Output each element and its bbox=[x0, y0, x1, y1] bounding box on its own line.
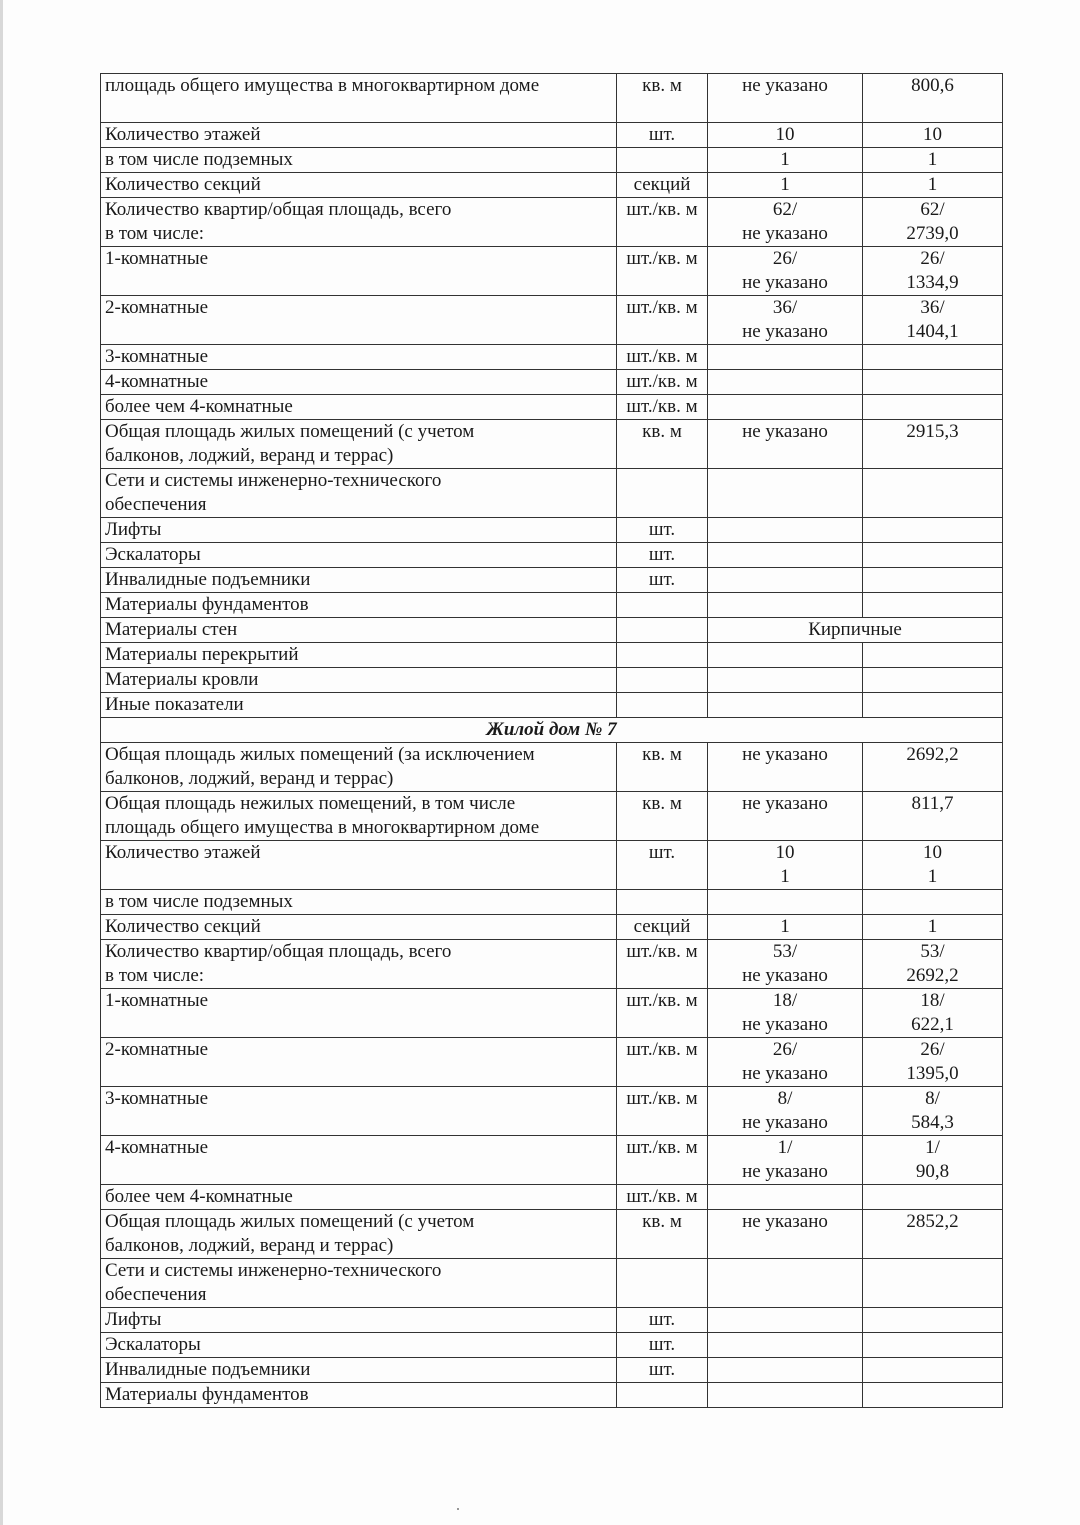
cell-line: 1395,0 bbox=[867, 1062, 998, 1086]
cell-line: Сети и системы инженерно-технического bbox=[105, 1259, 612, 1283]
cell-line: 2915,3 bbox=[867, 420, 998, 444]
project-value bbox=[708, 518, 863, 543]
unit-cell: шт. bbox=[617, 568, 708, 593]
project-value: 1/не указано bbox=[708, 1136, 863, 1185]
table-row: Общая площадь нежилых помещений, в том ч… bbox=[101, 792, 1003, 841]
cell-line: Эскалаторы bbox=[105, 543, 612, 567]
building-characteristics-table: площадь общего имущества в многоквартирн… bbox=[100, 73, 1003, 1408]
table-body: площадь общего имущества в многоквартирн… bbox=[101, 74, 1003, 1408]
cell-line: Материалы фундаментов bbox=[105, 593, 612, 617]
table-row: 4-комнатныешт./кв. м bbox=[101, 370, 1003, 395]
cell-line: 26/ bbox=[867, 1038, 998, 1062]
cell-line: не указано bbox=[712, 271, 858, 295]
fact-value: 18/622,1 bbox=[863, 989, 1003, 1038]
unit-cell: секций bbox=[617, 915, 708, 940]
cell-line bbox=[105, 1013, 612, 1037]
cell-line: 36/ bbox=[867, 296, 998, 320]
indicator-label: 1-комнатные bbox=[101, 989, 617, 1038]
project-value bbox=[708, 543, 863, 568]
cell-line: в том числе: bbox=[105, 964, 612, 988]
indicator-label: Инвалидные подъемники bbox=[101, 1358, 617, 1383]
cell-line: 2692,2 bbox=[867, 743, 998, 767]
fact-value: 26/1334,9 bbox=[863, 247, 1003, 296]
wall-material-value: Кирпичные bbox=[708, 618, 1003, 643]
project-value: 53/не указано bbox=[708, 940, 863, 989]
cell-line: 800,6 bbox=[867, 74, 998, 98]
scan-edge bbox=[0, 0, 3, 1525]
fact-value: 53/2692,2 bbox=[863, 940, 1003, 989]
unit-cell bbox=[617, 668, 708, 693]
cell-line: Общая площадь жилых помещений (с учетом bbox=[105, 1210, 612, 1234]
indicator-label: более чем 4-комнатные bbox=[101, 1185, 617, 1210]
cell-line: Количество этажей bbox=[105, 841, 612, 865]
unit-cell bbox=[617, 593, 708, 618]
indicator-label: Материалы фундаментов bbox=[101, 593, 617, 618]
project-value: 18/не указано bbox=[708, 989, 863, 1038]
fact-value bbox=[863, 1358, 1003, 1383]
unit-cell bbox=[617, 1259, 708, 1308]
cell-line: не указано bbox=[712, 1160, 858, 1184]
cell-line: Материалы стен bbox=[105, 618, 612, 642]
cell-line: 2-комнатные bbox=[105, 296, 612, 320]
cell-line: Материалы фундаментов bbox=[105, 1383, 612, 1407]
cell-line: Иные показатели bbox=[105, 693, 612, 717]
cell-line: не указано bbox=[712, 74, 858, 98]
unit-cell bbox=[617, 643, 708, 668]
cell-line: 4-комнатные bbox=[105, 1136, 612, 1160]
project-value bbox=[708, 370, 863, 395]
indicator-label: площадь общего имущества в многоквартирн… bbox=[101, 74, 617, 123]
project-value: 101 bbox=[708, 841, 863, 890]
fact-value bbox=[863, 1383, 1003, 1408]
table-row: 3-комнатные шт./кв. м8/не указано8/584,3 bbox=[101, 1087, 1003, 1136]
cell-line: Материалы кровли bbox=[105, 668, 612, 692]
indicator-label: Материалы стен bbox=[101, 618, 617, 643]
project-value: 62/не указано bbox=[708, 198, 863, 247]
fact-value bbox=[863, 668, 1003, 693]
project-value bbox=[708, 1308, 863, 1333]
cell-line: 1-комнатные bbox=[105, 247, 612, 271]
project-value bbox=[708, 643, 863, 668]
scan-speck bbox=[457, 1508, 459, 1510]
cell-line: не указано bbox=[712, 320, 858, 344]
cell-line: 1334,9 bbox=[867, 271, 998, 295]
cell-line: 1 bbox=[712, 915, 858, 939]
table-row: Общая площадь жилых помещений (с учетомб… bbox=[101, 1210, 1003, 1259]
indicator-label: Лифты bbox=[101, 518, 617, 543]
cell-line: обеспечения bbox=[105, 493, 612, 517]
cell-line: Количество квартир/общая площадь, всего bbox=[105, 198, 612, 222]
project-value: не указано bbox=[708, 420, 863, 469]
project-value bbox=[708, 693, 863, 718]
table-row: Материалы фундаментов bbox=[101, 593, 1003, 618]
indicator-label: Инвалидные подъемники bbox=[101, 568, 617, 593]
table-row: в том числе подземных11 bbox=[101, 148, 1003, 173]
cell-line bbox=[105, 865, 612, 889]
fact-value: 1/90,8 bbox=[863, 1136, 1003, 1185]
cell-line: в том числе подземных bbox=[105, 890, 612, 914]
fact-value: 1 bbox=[863, 148, 1003, 173]
unit-cell: шт./кв. м bbox=[617, 370, 708, 395]
project-value: 1 bbox=[708, 148, 863, 173]
fact-value: 36/1404,1 bbox=[863, 296, 1003, 345]
project-value bbox=[708, 345, 863, 370]
project-value: не указано bbox=[708, 1210, 863, 1259]
project-value bbox=[708, 469, 863, 518]
cell-line: в том числе: bbox=[105, 222, 612, 246]
cell-line: площадь общего имущества в многоквартирн… bbox=[105, 816, 612, 840]
table-row: Сети и системы инженерно-техническогообе… bbox=[101, 469, 1003, 518]
spacer bbox=[105, 98, 612, 122]
indicator-label: Общая площадь нежилых помещений, в том ч… bbox=[101, 792, 617, 841]
table-row: 2-комнатные шт./кв. м26/не указано26/139… bbox=[101, 1038, 1003, 1087]
fact-value bbox=[863, 1333, 1003, 1358]
project-value bbox=[708, 668, 863, 693]
unit-cell: кв. м bbox=[617, 420, 708, 469]
unit-cell: шт. bbox=[617, 841, 708, 890]
unit-cell: шт./кв. м bbox=[617, 1087, 708, 1136]
indicator-label: Эскалаторы bbox=[101, 1333, 617, 1358]
unit-cell: шт. bbox=[617, 1358, 708, 1383]
cell-line: 26/ bbox=[712, 247, 858, 271]
cell-line: 1 bbox=[867, 865, 998, 889]
cell-line: Инвалидные подъемники bbox=[105, 1358, 612, 1382]
cell-line: не указано bbox=[712, 792, 858, 816]
cell-line: Количество секций bbox=[105, 173, 612, 197]
table-row: в том числе подземных bbox=[101, 890, 1003, 915]
cell-line: 1/ bbox=[712, 1136, 858, 1160]
unit-cell bbox=[617, 618, 708, 643]
cell-line bbox=[105, 1160, 612, 1184]
cell-line: Общая площадь жилых помещений (с учетом bbox=[105, 420, 612, 444]
unit-cell: кв. м bbox=[617, 74, 708, 123]
project-value bbox=[708, 890, 863, 915]
project-value bbox=[708, 593, 863, 618]
table-row: Материалы кровли bbox=[101, 668, 1003, 693]
unit-cell: шт./кв. м bbox=[617, 940, 708, 989]
project-value: 8/не указано bbox=[708, 1087, 863, 1136]
cell-line: 10 bbox=[867, 123, 998, 147]
fact-value bbox=[863, 593, 1003, 618]
cell-line: 1 bbox=[712, 865, 858, 889]
cell-line: Лифты bbox=[105, 1308, 612, 1332]
indicator-label: 4-комнатные bbox=[101, 1136, 617, 1185]
indicator-label: Количество этажей bbox=[101, 123, 617, 148]
indicator-label: Материалы перекрытий bbox=[101, 643, 617, 668]
cell-line: не указано bbox=[712, 743, 858, 767]
unit-cell: шт./кв. м bbox=[617, 395, 708, 420]
project-value: 36/не указано bbox=[708, 296, 863, 345]
indicator-label: Общая площадь жилых помещений (с учетомб… bbox=[101, 420, 617, 469]
unit-cell: шт./кв. м bbox=[617, 989, 708, 1038]
fact-value: 10 bbox=[863, 123, 1003, 148]
project-value: не указано bbox=[708, 743, 863, 792]
project-value bbox=[708, 1333, 863, 1358]
unit-cell: шт./кв. м bbox=[617, 345, 708, 370]
unit-cell: шт. bbox=[617, 518, 708, 543]
cell-line: 584,3 bbox=[867, 1111, 998, 1135]
indicator-label: Количество квартир/общая площадь, всегов… bbox=[101, 198, 617, 247]
fact-value: 800,6 bbox=[863, 74, 1003, 123]
indicator-label: в том числе подземных bbox=[101, 148, 617, 173]
fact-value bbox=[863, 643, 1003, 668]
indicator-label: Лифты bbox=[101, 1308, 617, 1333]
table-row: Иные показатели bbox=[101, 693, 1003, 718]
indicator-label: Иные показатели bbox=[101, 693, 617, 718]
cell-line: 18/ bbox=[867, 989, 998, 1013]
cell-line: 2739,0 bbox=[867, 222, 998, 246]
project-value: 1 bbox=[708, 173, 863, 198]
cell-line: 18/ bbox=[712, 989, 858, 1013]
cell-line: не указано bbox=[712, 1111, 858, 1135]
cell-line: 53/ bbox=[867, 940, 998, 964]
table-row: 4-комнатные шт./кв. м1/не указано1/90,8 bbox=[101, 1136, 1003, 1185]
cell-line: 53/ bbox=[712, 940, 858, 964]
cell-line bbox=[105, 1062, 612, 1086]
table-row: 2-комнатныешт./кв. м36/не указано36/1404… bbox=[101, 296, 1003, 345]
unit-cell: шт./кв. м bbox=[617, 247, 708, 296]
section-header-row: Жилой дом № 7 bbox=[101, 718, 1003, 743]
project-value bbox=[708, 1383, 863, 1408]
cell-line: 10 bbox=[712, 123, 858, 147]
cell-line: Количество квартир/общая площадь, всего bbox=[105, 940, 612, 964]
cell-line: 8/ bbox=[712, 1087, 858, 1111]
table-row: более чем 4-комнатныешт./кв. м bbox=[101, 1185, 1003, 1210]
cell-line: в том числе подземных bbox=[105, 148, 612, 172]
cell-line: не указано bbox=[712, 420, 858, 444]
table-row: 3-комнатныешт./кв. м bbox=[101, 345, 1003, 370]
fact-value bbox=[863, 568, 1003, 593]
cell-line: Инвалидные подъемники bbox=[105, 568, 612, 592]
cell-line: 3-комнатные bbox=[105, 1087, 612, 1111]
indicator-label: 2-комнатные bbox=[101, 1038, 617, 1087]
unit-cell: шт./кв. м bbox=[617, 1185, 708, 1210]
table-row: Лифтышт. bbox=[101, 1308, 1003, 1333]
project-value: 26/не указано bbox=[708, 247, 863, 296]
cell-line: 622,1 bbox=[867, 1013, 998, 1037]
cell-line: 1 bbox=[867, 915, 998, 939]
indicator-label: Количество секций bbox=[101, 915, 617, 940]
unit-cell: шт. bbox=[617, 1308, 708, 1333]
indicator-label: Количество секций bbox=[101, 173, 617, 198]
indicator-label: Общая площадь жилых помещений (с учетомб… bbox=[101, 1210, 617, 1259]
cell-line: 1 bbox=[712, 173, 858, 197]
cell-line: 2-комнатные bbox=[105, 1038, 612, 1062]
cell-line: площадь общего имущества в многоквартирн… bbox=[105, 74, 612, 98]
table-row: Эскалаторышт. bbox=[101, 1333, 1003, 1358]
cell-line: более чем 4-комнатные bbox=[105, 1185, 612, 1209]
fact-value: 811,7 bbox=[863, 792, 1003, 841]
project-value: не указано bbox=[708, 792, 863, 841]
fact-value bbox=[863, 395, 1003, 420]
unit-cell: кв. м bbox=[617, 792, 708, 841]
unit-cell bbox=[617, 890, 708, 915]
indicator-label: 2-комнатные bbox=[101, 296, 617, 345]
cell-line: 1-комнатные bbox=[105, 989, 612, 1013]
cell-line: 4-комнатные bbox=[105, 370, 612, 394]
table-row: 1-комнатныешт./кв. м26/не указано26/1334… bbox=[101, 247, 1003, 296]
table-row: Инвалидные подъемникишт. bbox=[101, 1358, 1003, 1383]
cell-line: 2852,2 bbox=[867, 1210, 998, 1234]
unit-cell: шт. bbox=[617, 1333, 708, 1358]
table-row: Материалы перекрытий bbox=[101, 643, 1003, 668]
cell-line bbox=[105, 1111, 612, 1135]
cell-line: 10 bbox=[867, 841, 998, 865]
fact-value bbox=[863, 469, 1003, 518]
table-row: 1-комнатные шт./кв. м18/не указано18/622… bbox=[101, 989, 1003, 1038]
unit-cell: секций bbox=[617, 173, 708, 198]
cell-line: Лифты bbox=[105, 518, 612, 542]
cell-line: Количество этажей bbox=[105, 123, 612, 147]
indicator-label: Общая площадь жилых помещений (за исключ… bbox=[101, 743, 617, 792]
indicator-label: Количество этажей bbox=[101, 841, 617, 890]
fact-value bbox=[863, 890, 1003, 915]
cell-line: 62/ bbox=[867, 198, 998, 222]
unit-cell: кв. м bbox=[617, 743, 708, 792]
fact-value bbox=[863, 693, 1003, 718]
indicator-label: 1-комнатные bbox=[101, 247, 617, 296]
cell-line: 36/ bbox=[712, 296, 858, 320]
indicator-label: 3-комнатные bbox=[101, 345, 617, 370]
indicator-label: Сети и системы инженерно-техническогообе… bbox=[101, 469, 617, 518]
cell-line: 62/ bbox=[712, 198, 858, 222]
cell-line: 26/ bbox=[867, 247, 998, 271]
unit-cell: шт./кв. м bbox=[617, 1038, 708, 1087]
project-value bbox=[708, 568, 863, 593]
unit-cell: шт./кв. м bbox=[617, 1136, 708, 1185]
cell-line: Материалы перекрытий bbox=[105, 643, 612, 667]
cell-line: 811,7 bbox=[867, 792, 998, 816]
cell-line: 90,8 bbox=[867, 1160, 998, 1184]
fact-value bbox=[863, 345, 1003, 370]
unit-cell: шт. bbox=[617, 123, 708, 148]
indicator-label: Эскалаторы bbox=[101, 543, 617, 568]
table-row: Лифтышт. bbox=[101, 518, 1003, 543]
project-value: не указано bbox=[708, 74, 863, 123]
cell-line: Эскалаторы bbox=[105, 1333, 612, 1357]
project-value bbox=[708, 1259, 863, 1308]
cell-line: Сети и системы инженерно-технического bbox=[105, 469, 612, 493]
table-row: Общая площадь жилых помещений (с учетомб… bbox=[101, 420, 1003, 469]
fact-value bbox=[863, 518, 1003, 543]
fact-value bbox=[863, 1185, 1003, 1210]
fact-value: 26/1395,0 bbox=[863, 1038, 1003, 1087]
table-row: более чем 4-комнатныешт./кв. м bbox=[101, 395, 1003, 420]
cell-line: 1 bbox=[867, 173, 998, 197]
indicator-label: 3-комнатные bbox=[101, 1087, 617, 1136]
cell-line: не указано bbox=[712, 1013, 858, 1037]
cell-line: 10 bbox=[712, 841, 858, 865]
unit-cell: шт./кв. м bbox=[617, 296, 708, 345]
table-row: Материалы стенКирпичные bbox=[101, 618, 1003, 643]
indicator-label: Количество квартир/общая площадь, всегов… bbox=[101, 940, 617, 989]
cell-line: 3-комнатные bbox=[105, 345, 612, 369]
fact-value: 2852,2 bbox=[863, 1210, 1003, 1259]
fact-value bbox=[863, 1308, 1003, 1333]
project-value: 1 bbox=[708, 915, 863, 940]
cell-line: Количество секций bbox=[105, 915, 612, 939]
section-title: Жилой дом № 7 bbox=[101, 718, 1003, 743]
cell-line: 1 bbox=[867, 148, 998, 172]
table-row: Количество этажейшт.1010 bbox=[101, 123, 1003, 148]
unit-cell bbox=[617, 693, 708, 718]
indicator-label: в том числе подземных bbox=[101, 890, 617, 915]
project-value bbox=[708, 1185, 863, 1210]
table-row: Количество секцийсекций11 bbox=[101, 173, 1003, 198]
unit-cell: шт./кв. м bbox=[617, 198, 708, 247]
indicator-label: более чем 4-комнатные bbox=[101, 395, 617, 420]
table-row: площадь общего имущества в многоквартирн… bbox=[101, 74, 1003, 123]
cell-line: не указано bbox=[712, 1210, 858, 1234]
cell-line: балконов, лоджий, веранд и террас) bbox=[105, 1234, 612, 1258]
table-row: Сети и системы инженерно-техническогообе… bbox=[101, 1259, 1003, 1308]
cell-line: балконов, лоджий, веранд и террас) bbox=[105, 444, 612, 468]
indicator-label: Сети и системы инженерно-техническогообе… bbox=[101, 1259, 617, 1308]
project-value: 26/не указано bbox=[708, 1038, 863, 1087]
cell-line: Общая площадь нежилых помещений, в том ч… bbox=[105, 792, 612, 816]
cell-line: 1404,1 bbox=[867, 320, 998, 344]
cell-line: Общая площадь жилых помещений (за исключ… bbox=[105, 743, 612, 767]
table-row: Инвалидные подъемникишт. bbox=[101, 568, 1003, 593]
unit-cell: шт. bbox=[617, 543, 708, 568]
fact-value: 2692,2 bbox=[863, 743, 1003, 792]
cell-line: не указано bbox=[712, 222, 858, 246]
cell-line: 8/ bbox=[867, 1087, 998, 1111]
table-row: Количество квартир/общая площадь, всегов… bbox=[101, 198, 1003, 247]
project-value bbox=[708, 395, 863, 420]
indicator-label: Материалы кровли bbox=[101, 668, 617, 693]
cell-line: 26/ bbox=[712, 1038, 858, 1062]
cell-line: обеспечения bbox=[105, 1283, 612, 1307]
project-value: 10 bbox=[708, 123, 863, 148]
indicator-label: Материалы фундаментов bbox=[101, 1383, 617, 1408]
cell-line: 1/ bbox=[867, 1136, 998, 1160]
project-value bbox=[708, 1358, 863, 1383]
cell-line: балконов, лоджий, веранд и террас) bbox=[105, 767, 612, 791]
indicator-label: 4-комнатные bbox=[101, 370, 617, 395]
unit-cell bbox=[617, 1383, 708, 1408]
table-row: Количество этажей шт.101101 bbox=[101, 841, 1003, 890]
cell-line: 1 bbox=[712, 148, 858, 172]
table-row: Количество секцийсекций11 bbox=[101, 915, 1003, 940]
fact-value bbox=[863, 370, 1003, 395]
fact-value: 1 bbox=[863, 173, 1003, 198]
cell-line: не указано bbox=[712, 1062, 858, 1086]
fact-value: 1 bbox=[863, 915, 1003, 940]
unit-cell bbox=[617, 148, 708, 173]
cell-line: более чем 4-комнатные bbox=[105, 395, 612, 419]
fact-value: 2915,3 bbox=[863, 420, 1003, 469]
table-row: Эскалаторышт. bbox=[101, 543, 1003, 568]
fact-value: 101 bbox=[863, 841, 1003, 890]
unit-cell bbox=[617, 469, 708, 518]
unit-cell: кв. м bbox=[617, 1210, 708, 1259]
fact-value bbox=[863, 543, 1003, 568]
fact-value: 8/584,3 bbox=[863, 1087, 1003, 1136]
cell-line: 2692,2 bbox=[867, 964, 998, 988]
table-row: Материалы фундаментов bbox=[101, 1383, 1003, 1408]
table-row: Общая площадь жилых помещений (за исключ… bbox=[101, 743, 1003, 792]
fact-value: 62/2739,0 bbox=[863, 198, 1003, 247]
cell-line: не указано bbox=[712, 964, 858, 988]
fact-value bbox=[863, 1259, 1003, 1308]
table-row: Количество квартир/общая площадь, всегов… bbox=[101, 940, 1003, 989]
